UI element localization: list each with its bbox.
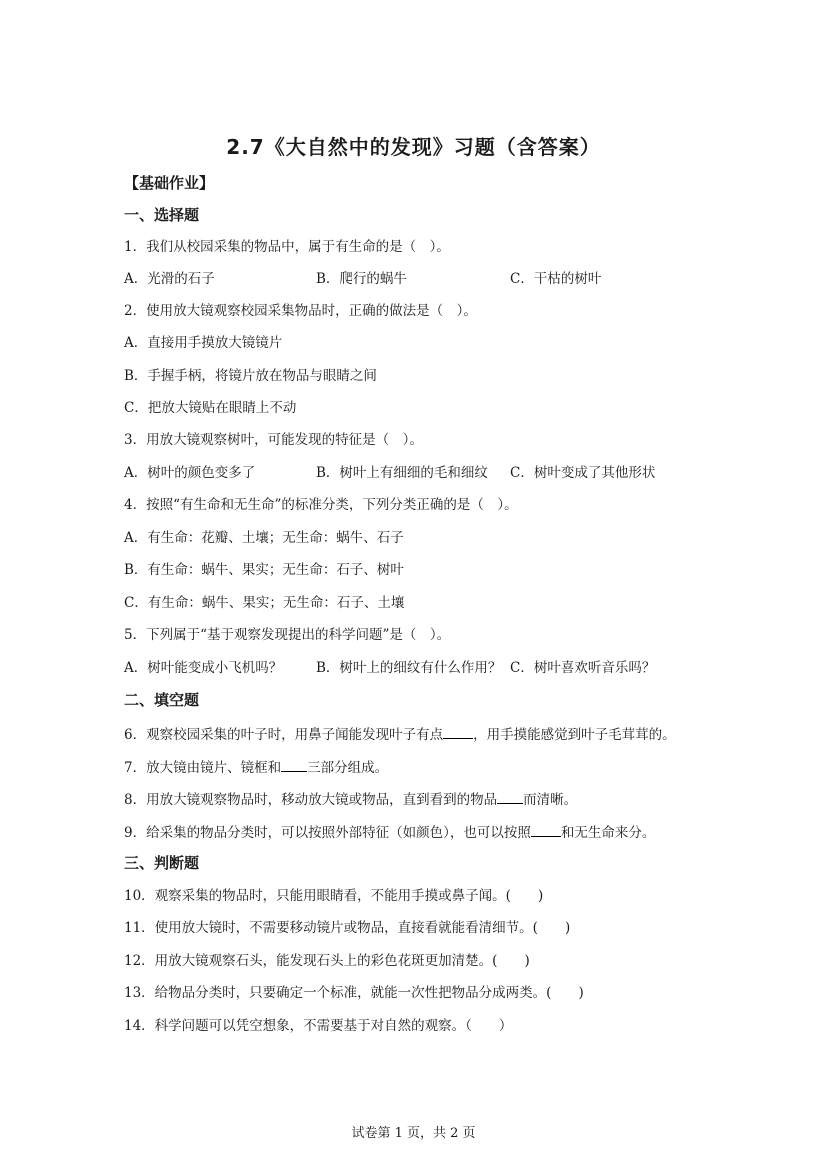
question-8-after: 而清晰。 <box>523 792 577 808</box>
page-footer: 试卷第 1 页，共 2 页 <box>0 1122 827 1141</box>
section-label: 【基础作业】 <box>124 174 214 192</box>
question-11: 11．使用放大镜时，不需要移动镜片或物品，直接看就能看清细节。( ) <box>124 919 570 937</box>
question-10: 10．观察采集的物品时，只能用眼睛看，不能用手摸或鼻子闻。( ) <box>124 887 543 905</box>
question-12: 12．用放大镜观察石头，能发现石头上的彩色花斑更加清楚。( ) <box>124 952 530 970</box>
question-4-option-a: A．有生命：花瓣、土壤；无生命：蜗牛、石子 <box>124 529 404 547</box>
question-2-option-a: A．直接用手摸放大镜镜片 <box>124 334 282 352</box>
answer-blank <box>281 757 307 772</box>
option-b: B．爬行的蜗牛 <box>316 270 407 288</box>
section-heading-judge: 三、判断题 <box>124 854 199 872</box>
question-7-before: 7．放大镜由镜片、镜框和 <box>124 760 281 776</box>
question-9: 9．给采集的物品分类时，可以按照外部特征（如颜色），也可以按照和无生命来分。 <box>124 822 655 842</box>
question-7-after: 三部分组成。 <box>307 760 388 776</box>
answer-blank <box>497 789 523 804</box>
question-4-option-b: B．有生命：蜗牛、果实；无生命：石子、树叶 <box>124 561 404 579</box>
question-5-stem: 5．下列属于“基于观察发现提出的科学问题”是（ ）。 <box>124 626 450 644</box>
option-a: A．树叶能变成小飞机吗？ <box>124 659 282 677</box>
question-1-stem: 1．我们从校园采集的物品中，属于有生命的是（ ）。 <box>124 238 450 256</box>
question-8: 8．用放大镜观察物品时，移动放大镜或物品，直到看到的物品而清晰。 <box>124 789 577 809</box>
question-14: 14．科学问题可以凭空想象，不需要基于对自然的观察。（ ） <box>124 1017 512 1035</box>
question-6-after: ，用手摸能感觉到叶子毛茸茸的。 <box>473 727 676 743</box>
document-title: 2.7《大自然中的发现》习题（含答案） <box>0 131 827 160</box>
option-c: C．树叶喜欢听音乐吗？ <box>510 659 655 677</box>
option-a: A．光滑的石子 <box>124 270 215 288</box>
section-heading-choice: 一、选择题 <box>124 206 199 224</box>
section-heading-fill: 二、填空题 <box>124 691 199 709</box>
question-13: 13．给物品分类时，只要确定一个标准，就能一次性把物品分成两类。( ) <box>124 984 584 1002</box>
answer-blank <box>443 724 473 739</box>
option-c: C．树叶变成了其他形状 <box>510 464 655 482</box>
question-2-option-b: B．手握手柄，将镜片放在物品与眼睛之间 <box>124 367 377 385</box>
question-2-option-c: C．把放大镜贴在眼睛上不动 <box>124 399 296 417</box>
question-7: 7．放大镜由镜片、镜框和三部分组成。 <box>124 757 388 777</box>
question-4-stem: 4．按照“有生命和无生命”的标准分类，下列分类正确的是（ ）。 <box>124 496 518 514</box>
question-2-stem: 2．使用放大镜观察校园采集物品时，正确的做法是（ ）。 <box>124 302 477 320</box>
question-3-stem: 3．用放大镜观察树叶，可能发现的特征是（ ）。 <box>124 431 423 449</box>
question-6: 6．观察校园采集的叶子时，用鼻子闻能发现叶子有点，用手摸能感觉到叶子毛茸茸的。 <box>124 724 676 744</box>
question-6-before: 6．观察校园采集的叶子时，用鼻子闻能发现叶子有点 <box>124 727 443 743</box>
option-a: A．树叶的颜色变多了 <box>124 464 255 482</box>
question-4-option-c: C．有生命：蜗牛、果实；无生命：石子、土壤 <box>124 594 404 612</box>
question-8-before: 8．用放大镜观察物品时，移动放大镜或物品，直到看到的物品 <box>124 792 497 808</box>
question-9-after: 和无生命来分。 <box>561 825 656 841</box>
option-b: B．树叶上有细细的毛和细纹 <box>316 464 488 482</box>
option-c: C．干枯的树叶 <box>510 270 601 288</box>
option-b: B．树叶上的细纹有什么作用？ <box>316 659 501 677</box>
question-9-before: 9．给采集的物品分类时，可以按照外部特征（如颜色），也可以按照 <box>124 825 531 841</box>
answer-blank <box>531 822 561 837</box>
